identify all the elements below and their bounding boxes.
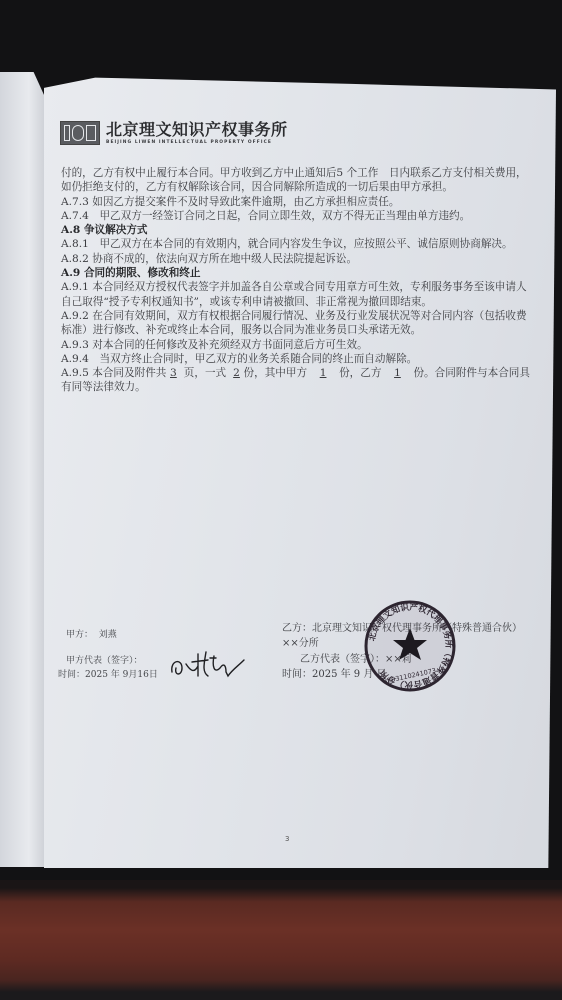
- party-b-label: 乙方：: [282, 623, 312, 634]
- handwritten-signature: [168, 646, 248, 682]
- firm-logo-icon: [60, 121, 100, 145]
- paragraph: A.7.4 甲乙双方一经签订合同之日起，合同立即生效，双方不得无正当理由单方违约…: [61, 209, 531, 223]
- paragraph: A.8.1 甲乙双方在本合同的有效期内，就合同内容发生争议，应按照公平、诚信原则…: [61, 237, 531, 251]
- party-a-name: 刘燕: [99, 630, 117, 640]
- firm-name: 北京理文知识产权事务所 BEIJING LIWEN INTELLECTUAL P…: [106, 121, 288, 145]
- paragraph: 付的，乙方有权中止履行本合同。甲方收到乙方中止通知后5 个工作 日内联系乙方支付…: [61, 166, 531, 195]
- paragraph: A.9.4 当双方终止合同时，甲乙双方的业务关系随合同的终止而自动解除。: [61, 352, 531, 366]
- party-a-rep-label: 甲方代表（签字）：: [66, 656, 143, 666]
- underlying-page: [0, 72, 48, 867]
- party-a-copies-field: 1: [307, 366, 339, 380]
- party-a-date: 2025 年 9月16日: [85, 670, 158, 680]
- company-seal-icon: 北京理文知识产权代理事务所（特殊普通合伙）分所 3203110241073: [362, 598, 458, 694]
- section-heading: A.9 合同的期限、修改和终止: [61, 266, 531, 280]
- copies-field: 2: [230, 366, 244, 380]
- section-heading: A.8 争议解决方式: [61, 223, 531, 237]
- firm-name-cn: 北京理文知识产权事务所: [106, 121, 288, 139]
- wooden-table-surface: [0, 880, 562, 1000]
- contract-body: 付的，乙方有权中止履行本合同。甲方收到乙方中止通知后5 个工作 日内联系乙方支付…: [61, 166, 531, 395]
- party-a-date-label: 时间：: [58, 670, 85, 680]
- paragraph: A.9.1 本合同经双方授权代表签字并加盖各自公章或合同专用章方可生效，专利服务…: [61, 280, 531, 309]
- page-count-field: 3: [166, 366, 180, 380]
- party-b-date-label: 时间：: [282, 669, 312, 680]
- page-number: 3: [285, 835, 289, 843]
- paragraph: A.7.3 如因乙方提交案件不及时导致此案件逾期，由乙方承担相应责任。: [61, 195, 531, 209]
- firm-name-en: BEIJING LIWEN INTELLECTUAL PROPERTY OFFI…: [106, 140, 288, 145]
- paragraph: A.8.2 协商不成的，依法向双方所在地中级人民法院提起诉讼。: [61, 252, 531, 266]
- party-b-copies-field: 1: [381, 366, 413, 380]
- letterhead: 北京理文知识产权事务所 BEIJING LIWEN INTELLECTUAL P…: [60, 121, 288, 145]
- paragraph-a95: A.9.5 本合同及附件共3 页，一式 2份，其中甲方1份，乙方1份。合同附件与…: [61, 366, 531, 395]
- paragraph: A.9.2 在合同有效期间，双方有权根据合同履行情况、业务及行业发展状况等对合同…: [61, 309, 531, 338]
- party-a-signature-block: 甲方： 刘燕 甲方代表（签字）： 时间：2025 年 9月16日: [66, 628, 158, 682]
- paragraph: A.9.3 对本合同的任何修改及补充须经双方书面同意后方可生效。: [61, 338, 531, 352]
- party-a-label: 甲方：: [66, 630, 93, 640]
